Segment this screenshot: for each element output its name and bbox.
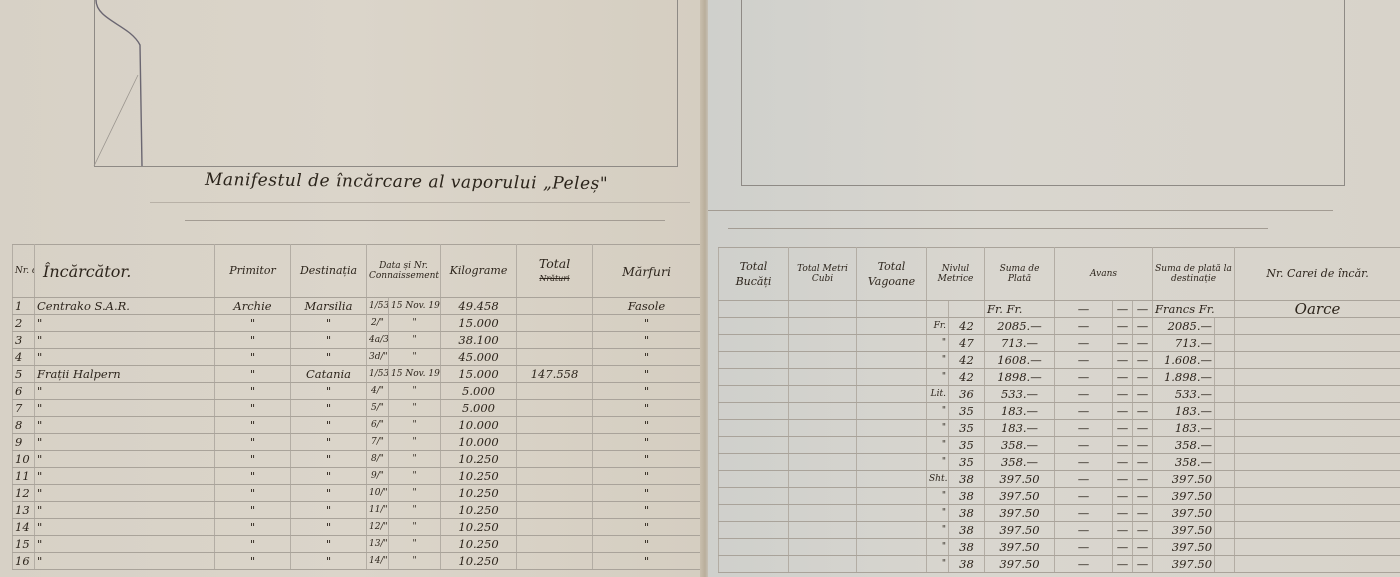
cell-nivel: 42 [949,318,985,335]
cell-data: " [389,383,441,400]
cell-data: " [389,332,441,349]
cell-primitor: " [215,485,291,502]
col-carei: Nr. Carei de încăr. [1235,248,1400,301]
cell-total-vagoane [857,556,927,573]
table-row: "35183.————183.— [719,403,1400,420]
cell-carei [1235,488,1400,505]
cell-total-vagoane [857,386,927,403]
cell-total [517,349,593,366]
cell-incarcator: " [35,451,215,468]
cell-total [517,485,593,502]
cell-total-bucati [719,539,789,556]
cell-marfa: " [593,553,701,570]
col-total-sub: Nrături [519,271,590,286]
cell-nivel: 38 [949,488,985,505]
cell-total-metri [789,386,857,403]
cell-connaissement: 13/" [367,536,389,553]
cell-total-bucati [719,369,789,386]
cell-avans-3: — [1133,539,1153,556]
cell-avans-2: — [1113,539,1133,556]
cell-incarcator: " [35,536,215,553]
cell-data: 15 Nov. 1953 [389,298,441,315]
cell-avans-3: — [1133,369,1153,386]
cell-total [517,536,593,553]
table-row: Lit.36533.————533.— [719,386,1400,403]
cell-suma-plata: 397.50 [985,505,1055,522]
cell-destinatia: " [291,417,367,434]
guide-line [150,202,690,203]
cell-avans-2: — [1113,454,1133,471]
cell-incarcator: " [35,502,215,519]
col-nr: Nr. crt. [13,245,35,298]
cell-total-metri [789,420,857,437]
cell-connaissement: 8/" [367,451,389,468]
cell-total-vagoane [857,420,927,437]
sub-suma-plata: Fr. Fr. [985,301,1055,318]
cell-destinatia: " [291,332,367,349]
cell-avans: — [1055,437,1113,454]
cell-primitor: " [215,400,291,417]
cell-avans: — [1055,505,1113,522]
cell-suma-plata: 183.— [985,403,1055,420]
cell-total-bucati [719,352,789,369]
col-primitor: Primitor [215,245,291,298]
cell-nivel: 47 [949,335,985,352]
cell-prefix: " [927,352,949,369]
cell-total [517,417,593,434]
col-nivel: Nivlul Metrice [927,248,985,301]
cell-suma-plata: 1608.— [985,352,1055,369]
cell-connaissement: 9/" [367,468,389,485]
cell-total-vagoane [857,488,927,505]
cell-dest-extra [1215,352,1235,369]
cell-carei [1235,386,1400,403]
cell-avans-3: — [1133,556,1153,573]
cell-total-vagoane [857,352,927,369]
cell-nivel: 35 [949,403,985,420]
table-row: "35358.————358.— [719,454,1400,471]
table-row: 11"""9/""10.250" [13,468,701,485]
cell-avans-3: — [1133,471,1153,488]
cell-avans-2: — [1113,556,1133,573]
cell-nivel: 38 [949,539,985,556]
cell-dest-extra [1215,556,1235,573]
cell-kilograme: 5.000 [441,400,517,417]
cell-suma-destinatie: 183.— [1153,403,1215,420]
cell-avans: — [1055,539,1113,556]
cell-nivel: 42 [949,369,985,386]
cell-suma-plata: 397.50 [985,522,1055,539]
cell-total-bucati [719,488,789,505]
cell-destinatia: " [291,349,367,366]
cell-suma-plata: 397.50 [985,556,1055,573]
cell-kilograme: 45.000 [441,349,517,366]
cell-suma-destinatie: 397.50 [1153,539,1215,556]
col-incarcator: Încărcător. [35,245,215,298]
table-row: Sht.38397.50———397.50 [719,471,1400,488]
cell-connaissement: 14/" [367,553,389,570]
cell-dest-extra [1215,505,1235,522]
cell-destinatia: " [291,451,367,468]
cell-total [517,519,593,536]
cell-dest-extra [1215,403,1235,420]
cell-nr: 2 [13,315,35,332]
table-row: "35358.————358.— [719,437,1400,454]
cell-nivel: 38 [949,471,985,488]
cell-data: " [389,434,441,451]
cell-carei [1235,454,1400,471]
cell-primitor: " [215,553,291,570]
col-total-label: Total [519,256,590,271]
cell-avans: — [1055,318,1113,335]
cell-avans: — [1055,352,1113,369]
cell-total-metri [789,522,857,539]
cell-avans-3: — [1133,318,1153,335]
cell-data: " [389,536,441,553]
cell-marfa: " [593,434,701,451]
cell-dest-extra [1215,420,1235,437]
table-row: "38397.50———397.50 [719,488,1400,505]
cell-prefix: " [927,522,949,539]
cell-dest-extra [1215,437,1235,454]
cell-primitor: " [215,366,291,383]
cell-data: " [389,417,441,434]
cell-prefix: " [927,369,949,386]
cell-total-metri [789,352,857,369]
table-row: 14"""12/""10.250" [13,519,701,536]
cell-destinatia: Catania [291,366,367,383]
cell-incarcator: " [35,485,215,502]
cell-total-metri [789,505,857,522]
cell-prefix: " [927,488,949,505]
cell-total [517,315,593,332]
cell-destinatia: " [291,519,367,536]
cell-marfa: " [593,315,701,332]
cell-suma-destinatie: 1.608.— [1153,352,1215,369]
cell-avans-2: — [1113,335,1133,352]
cell-kilograme: 10.250 [441,451,517,468]
cell-marfa: " [593,366,701,383]
cell-marfa: " [593,485,701,502]
cell-nr: 14 [13,519,35,536]
cell-kilograme: 10.250 [441,553,517,570]
cell-total [517,383,593,400]
cell-nr: 16 [13,553,35,570]
cell-dest-extra [1215,488,1235,505]
cell-connaissement: 6/" [367,417,389,434]
cell-total-bucati [719,505,789,522]
cell-avans-3: — [1133,488,1153,505]
guide-line [728,228,1268,229]
cell-avans-2: — [1113,420,1133,437]
sub-carei: Oarce [1235,301,1400,318]
cell-suma-destinatie: 358.— [1153,437,1215,454]
cell-data: " [389,315,441,332]
cell-carei [1235,505,1400,522]
cell-destinatia: " [291,434,367,451]
cell-destinatia: " [291,485,367,502]
cell-data: " [389,468,441,485]
cell-kilograme: 10.250 [441,536,517,553]
right-ledger-table: Total Bucăți Total Metri Cubi Total Vago… [718,247,1400,573]
cell-dest-extra [1215,335,1235,352]
col-data-connaissement: Data și Nr. Connaissement [367,245,441,298]
cell-connaissement: 5/" [367,400,389,417]
cell-incarcator: " [35,468,215,485]
cell-prefix: " [927,437,949,454]
col-suma-plata: Suma de Plată [985,248,1055,301]
cell-total-bucati [719,437,789,454]
col-marfuri: Mărfuri [593,245,701,298]
cell-prefix: " [927,505,949,522]
cell-total-metri [789,335,857,352]
cell-connaissement: 3d/" [367,349,389,366]
cell-connaissement: 12/" [367,519,389,536]
cell-marfa: " [593,468,701,485]
cell-total-metri [789,539,857,556]
cell-total-vagoane [857,369,927,386]
cell-primitor: " [215,332,291,349]
cell-avans-3: — [1133,335,1153,352]
cell-nr: 9 [13,434,35,451]
cell-suma-plata: 358.— [985,454,1055,471]
cell-connaissement: 1/536 [367,298,389,315]
cell-avans-3: — [1133,352,1153,369]
cell-incarcator: " [35,400,215,417]
cell-incarcator: " [35,315,215,332]
cell-prefix: Sht. [927,471,949,488]
cell-total [517,553,593,570]
cell-incarcator: " [35,434,215,451]
cell-nr: 6 [13,383,35,400]
cell-suma-plata: 183.— [985,420,1055,437]
cell-prefix: " [927,403,949,420]
cell-avans: — [1055,471,1113,488]
cell-dest-extra [1215,454,1235,471]
cell-avans: — [1055,420,1113,437]
cell-suma-plata: 397.50 [985,539,1055,556]
cell-kilograme: 10.000 [441,434,517,451]
sketch-frame [741,0,1345,186]
cell-carei [1235,335,1400,352]
cell-kilograme: 10.000 [441,417,517,434]
cell-suma-destinatie: 713.— [1153,335,1215,352]
cell-total-vagoane [857,335,927,352]
cell-dest-extra [1215,386,1235,403]
cell-suma-plata: 397.50 [985,488,1055,505]
table-row: Fr.422085.————2085.— [719,318,1400,335]
cell-avans: — [1055,386,1113,403]
table-row: "38397.50———397.50 [719,522,1400,539]
cell-prefix: " [927,454,949,471]
table-row: 16"""14/""10.250" [13,553,701,570]
cell-total [517,468,593,485]
cell-total-metri [789,369,857,386]
table-row: "38397.50———397.50 [719,539,1400,556]
table-row: 15"""13/""10.250" [13,536,701,553]
col-total-bucati: Total Bucăți [719,248,789,301]
cell-kilograme: 10.250 [441,485,517,502]
cell-total-vagoane [857,471,927,488]
cell-total-bucati [719,420,789,437]
cell-avans-2: — [1113,471,1133,488]
cell-suma-destinatie: 358.— [1153,454,1215,471]
cell-total-vagoane [857,403,927,420]
cell-total-bucati [719,556,789,573]
cell-destinatia: " [291,383,367,400]
cell-avans-2: — [1113,386,1133,403]
cell-kilograme: 15.000 [441,315,517,332]
cell-carei [1235,318,1400,335]
table-row: "35183.————183.— [719,420,1400,437]
cell-nr: 12 [13,485,35,502]
cell-total-vagoane [857,539,927,556]
cell-connaissement: 2/" [367,315,389,332]
cell-avans-2: — [1113,369,1133,386]
cell-avans-2: — [1113,488,1133,505]
table-row: 10"""8/""10.250" [13,451,701,468]
cell-incarcator: " [35,519,215,536]
cell-destinatia: " [291,536,367,553]
cell-marfa: " [593,383,701,400]
document-title: Manifestul de încărcare al vaporului „Pe… [205,170,608,194]
cell-marfa: " [593,349,701,366]
cell-avans: — [1055,488,1113,505]
cell-primitor: " [215,417,291,434]
table-row: 8"""6/""10.000" [13,417,701,434]
cell-suma-destinatie: 397.50 [1153,471,1215,488]
table-row: "421608.————1.608.— [719,352,1400,369]
cell-total-bucati [719,471,789,488]
cell-data: " [389,485,441,502]
cell-marfa: " [593,417,701,434]
cell-primitor: " [215,468,291,485]
cell-primitor: Archie [215,298,291,315]
cell-total-bucati [719,403,789,420]
cell-total-bucati [719,522,789,539]
cell-incarcator: " [35,553,215,570]
table-row: "47713.————713.— [719,335,1400,352]
cell-carei [1235,556,1400,573]
cell-nivel: 35 [949,420,985,437]
cell-marfa: " [593,400,701,417]
cell-nr: 10 [13,451,35,468]
cell-avans-3: — [1133,437,1153,454]
cell-total-bucati [719,318,789,335]
cell-kilograme: 49.458 [441,298,517,315]
cell-avans-3: — [1133,420,1153,437]
cell-avans-3: — [1133,522,1153,539]
left-ledger-table: Nr. crt. Încărcător. Primitor Destinația… [12,244,701,570]
cell-total [517,400,593,417]
cell-incarcator: " [35,383,215,400]
cell-carei [1235,403,1400,420]
cell-nr: 4 [13,349,35,366]
table-row: 3"""4a/3""38.100" [13,332,701,349]
cell-suma-plata: 713.— [985,335,1055,352]
cell-destinatia: Marsilia [291,298,367,315]
col-suma-destinatie: Suma de plată la destinație [1153,248,1235,301]
cell-suma-plata: 397.50 [985,471,1055,488]
cell-connaissement: 7/" [367,434,389,451]
cell-destinatia: " [291,553,367,570]
cell-prefix: Lit. [927,386,949,403]
cell-kilograme: 10.250 [441,502,517,519]
cell-kilograme: 10.250 [441,468,517,485]
cell-kilograme: 15.000 [441,366,517,383]
cell-marfa: " [593,332,701,349]
cell-avans-2: — [1113,505,1133,522]
cell-avans: — [1055,403,1113,420]
cell-avans: — [1055,522,1113,539]
sub-suma-destinatie: Francs Fr. [1153,301,1235,318]
cell-carei [1235,369,1400,386]
cell-avans-2: — [1113,437,1133,454]
cell-total [517,332,593,349]
cell-nr: 11 [13,468,35,485]
cell-total-metri [789,488,857,505]
cell-nr: 8 [13,417,35,434]
table-row: 9"""7/""10.000" [13,434,701,451]
cell-suma-destinatie: 183.— [1153,420,1215,437]
cell-incarcator: Frații Halpern [35,366,215,383]
cell-dest-extra [1215,539,1235,556]
cell-total: 147.558 [517,366,593,383]
col-total-vagoane: Total Vagoane [857,248,927,301]
cell-kilograme: 10.250 [441,519,517,536]
cell-carei [1235,352,1400,369]
cell-total [517,298,593,315]
cell-marfa: " [593,451,701,468]
cell-connaissement: 11/" [367,502,389,519]
cell-total-vagoane [857,437,927,454]
cell-nivel: 38 [949,522,985,539]
cell-total-vagoane [857,454,927,471]
cell-nr: 3 [13,332,35,349]
cell-nr: 1 [13,298,35,315]
cell-primitor: " [215,519,291,536]
cell-avans: — [1055,369,1113,386]
cell-avans-2: — [1113,522,1133,539]
cell-marfa: Fasole [593,298,701,315]
cell-total-metri [789,318,857,335]
cell-suma-destinatie: 533.— [1153,386,1215,403]
cell-nivel: 35 [949,437,985,454]
cell-total-metri [789,471,857,488]
cell-total-metri [789,437,857,454]
cell-avans-2: — [1113,352,1133,369]
cell-incarcator: " [35,332,215,349]
table-row: 12"""10/""10.250" [13,485,701,502]
cell-marfa: " [593,536,701,553]
table-row: 5Frații Halpern"Catania1/53815 Nov. 1953… [13,366,701,383]
cell-carei [1235,522,1400,539]
cell-data: 15 Nov. 1953 [389,366,441,383]
cell-total-vagoane [857,522,927,539]
table-row: 2"""2/""15.000" [13,315,701,332]
cell-prefix: " [927,556,949,573]
cell-nivel: 42 [949,352,985,369]
cell-dest-extra [1215,522,1235,539]
col-destinatia: Destinația [291,245,367,298]
cell-avans-2: — [1113,403,1133,420]
col-avans: Avans [1055,248,1153,301]
cell-total-vagoane [857,318,927,335]
table-row: "38397.50———397.50 [719,556,1400,573]
table-row: 7"""5/""5.000" [13,400,701,417]
col-total-metri-cubi: Total Metri Cubi [789,248,857,301]
cell-marfa: " [593,519,701,536]
